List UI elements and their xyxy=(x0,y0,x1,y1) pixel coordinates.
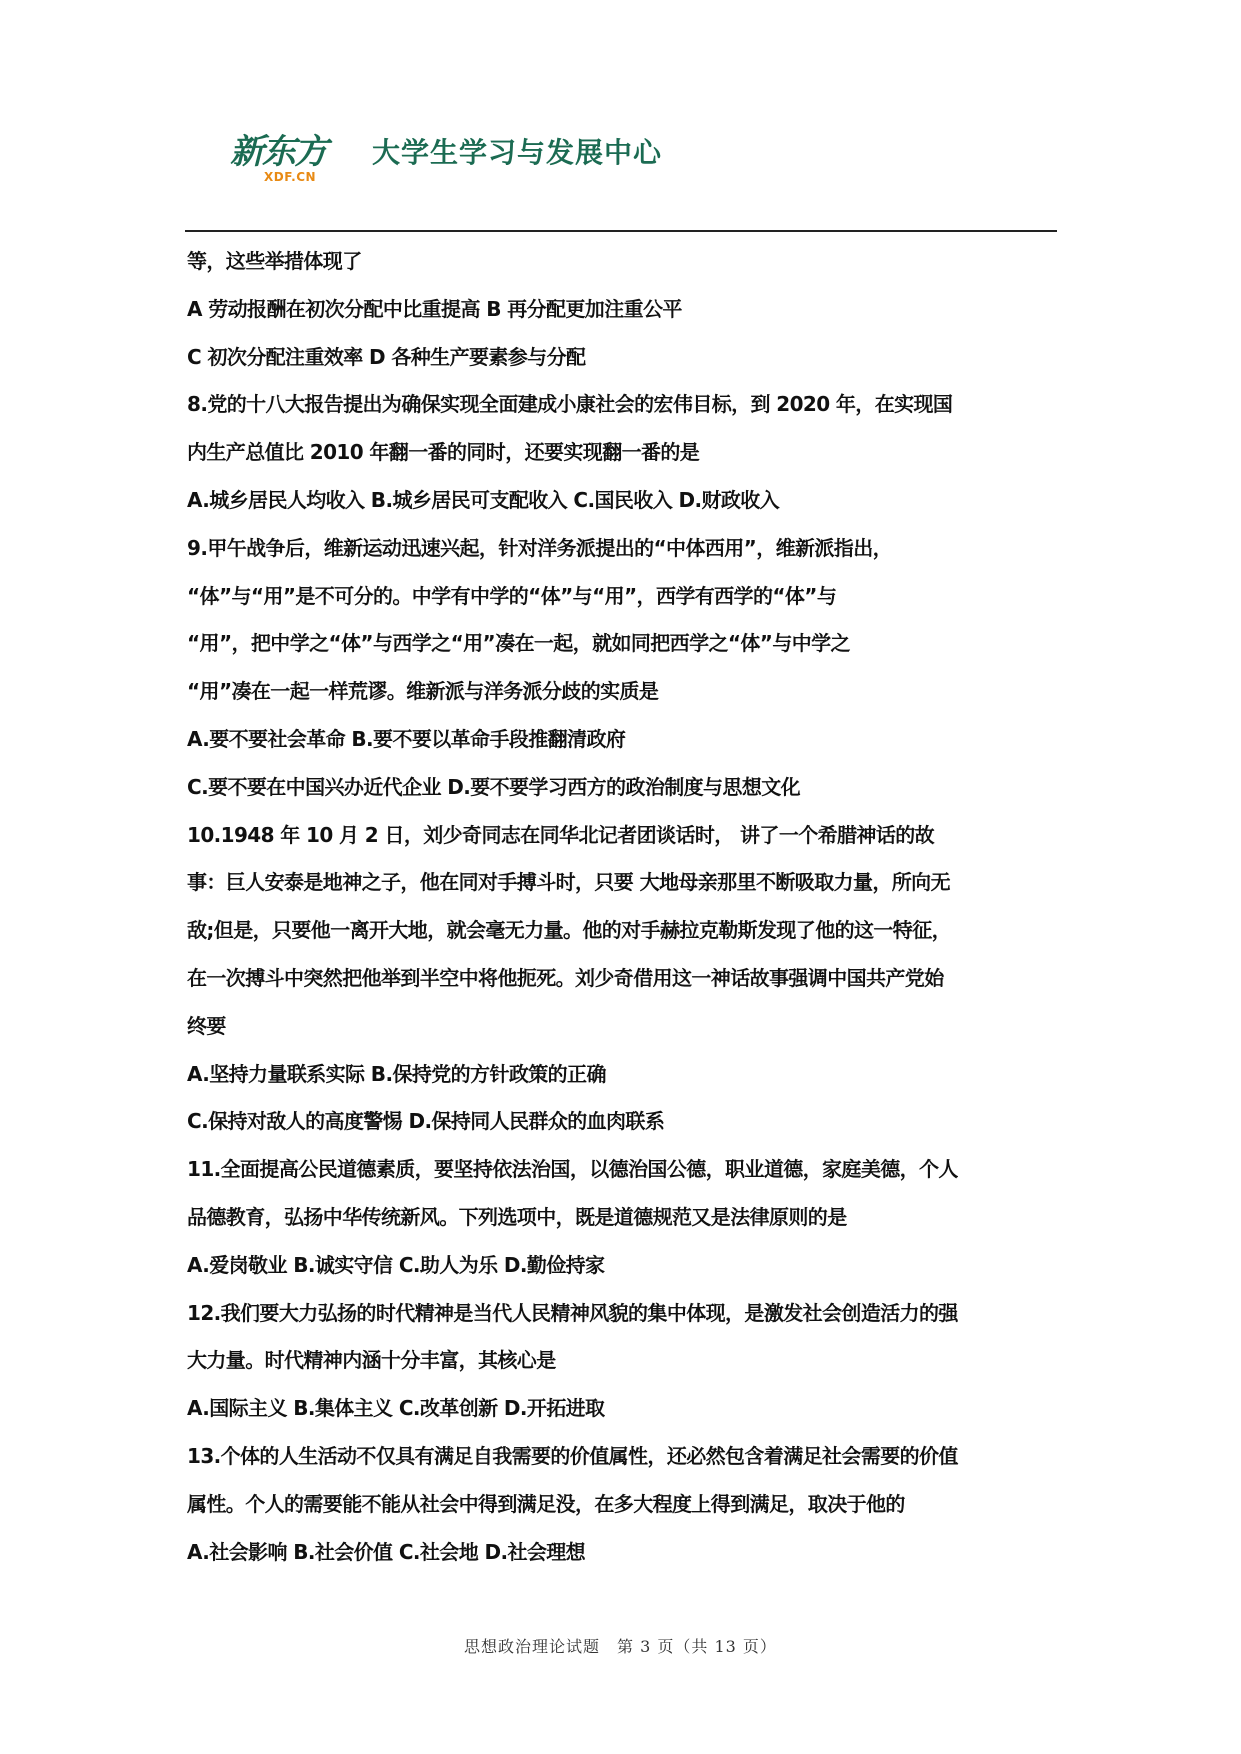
question-8: 8.党的十八大报告提出为确保实现全面建成小康社会的宏伟目标，到 2020 年，在… xyxy=(187,386,1067,434)
text-line: “用”凑在一起一样荒谬。维新派与洋务派分歧的实质是 xyxy=(187,673,1067,721)
text-line: “体”与“用”是不可分的。中学有中学的“体”与“用”，西学有西学的“体”与 xyxy=(187,578,1067,626)
option-line: A.国际主义 B.集体主义 C.改革创新 D.开拓进取 xyxy=(187,1390,1067,1438)
page-header: 新东方 XDF.CN 大学生学习与发展中心 xyxy=(230,132,662,192)
logo-chinese-text: 新东方 xyxy=(230,132,326,172)
option-line: C.保持对敌人的高度警惕 D.保持同人民群众的血肉联系 xyxy=(187,1103,1067,1151)
text-line: 品德教育，弘扬中华传统新风。下列选项中，既是道德规范又是法律原则的是 xyxy=(187,1199,1067,1247)
text-line: 敌;但是，只要他一离开大地，就会毫无力量。他的对手赫拉克勒斯发现了他的这一特征， xyxy=(187,912,1067,960)
text-line: 等，这些举措体现了 xyxy=(187,243,1067,291)
text-line: 在一次搏斗中突然把他举到半空中将他扼死。刘少奇借用这一神话故事强调中国共产党始 xyxy=(187,960,1067,1008)
text-line: 终要 xyxy=(187,1008,1067,1056)
question-10: 10.1948 年 10 月 2 日，刘少奇同志在同华北记者团谈话时， 讲了一个… xyxy=(187,817,1067,865)
header-divider xyxy=(185,230,1057,232)
page-footer: 思想政治理论试题 第 3 页（共 13 页） xyxy=(0,1634,1241,1657)
center-name: 大学生学习与发展中心 xyxy=(372,136,662,170)
option-line: A 劳动报酬在初次分配中比重提高 B 再分配更加注重公平 xyxy=(187,291,1067,339)
text-line: 大力量。时代精神内涵十分丰富，其核心是 xyxy=(187,1342,1067,1390)
option-line: A.爱岗敬业 B.诚实守信 C.助人为乐 D.勤俭持家 xyxy=(187,1247,1067,1295)
option-line: A.城乡居民人均收入 B.城乡居民可支配收入 C.国民收入 D.财政收入 xyxy=(187,482,1067,530)
text-line: 内生产总值比 2010 年翻一番的同时，还要实现翻一番的是 xyxy=(187,434,1067,482)
document-body: 等，这些举措体现了 A 劳动报酬在初次分配中比重提高 B 再分配更加注重公平 C… xyxy=(187,243,1067,1581)
option-line: A.社会影响 B.社会价值 C.社会地 D.社会理想 xyxy=(187,1534,1067,1582)
text-line: “用”，把中学之“体”与西学之“用”凑在一起，就如同把西学之“体”与中学之 xyxy=(187,625,1067,673)
option-line: C 初次分配注重效率 D 各种生产要素参与分配 xyxy=(187,339,1067,387)
option-line: A.要不要社会革命 B.要不要以革命手段推翻清政府 xyxy=(187,721,1067,769)
text-line: 事：巨人安泰是地神之子，他在同对手搏斗时，只要 大地母亲那里不断吸取力量，所向无 xyxy=(187,864,1067,912)
text-line: 属性。个人的需要能不能从社会中得到满足没，在多大程度上得到满足，取决于他的 xyxy=(187,1486,1067,1534)
question-13: 13.个体的人生活动不仅具有满足自我需要的价值属性，还必然包含着满足社会需要的价… xyxy=(187,1438,1067,1486)
xdf-logo: 新东方 XDF.CN xyxy=(230,132,348,190)
option-line: A.坚持力量联系实际 B.保持党的方针政策的正确 xyxy=(187,1056,1067,1104)
question-11: 11.全面提高公民道德素质，要坚持依法治国，以德治国公德，职业道德，家庭美德，个… xyxy=(187,1151,1067,1199)
question-12: 12.我们要大力弘扬的时代精神是当代人民精神风貌的集中体现，是激发社会创造活力的… xyxy=(187,1295,1067,1343)
option-line: C.要不要在中国兴办近代企业 D.要不要学习西方的政治制度与思想文化 xyxy=(187,769,1067,817)
question-9: 9.甲午战争后，维新运动迅速兴起，针对洋务派提出的“中体西用”，维新派指出， xyxy=(187,530,1067,578)
logo-domain-text: XDF.CN xyxy=(264,170,316,184)
